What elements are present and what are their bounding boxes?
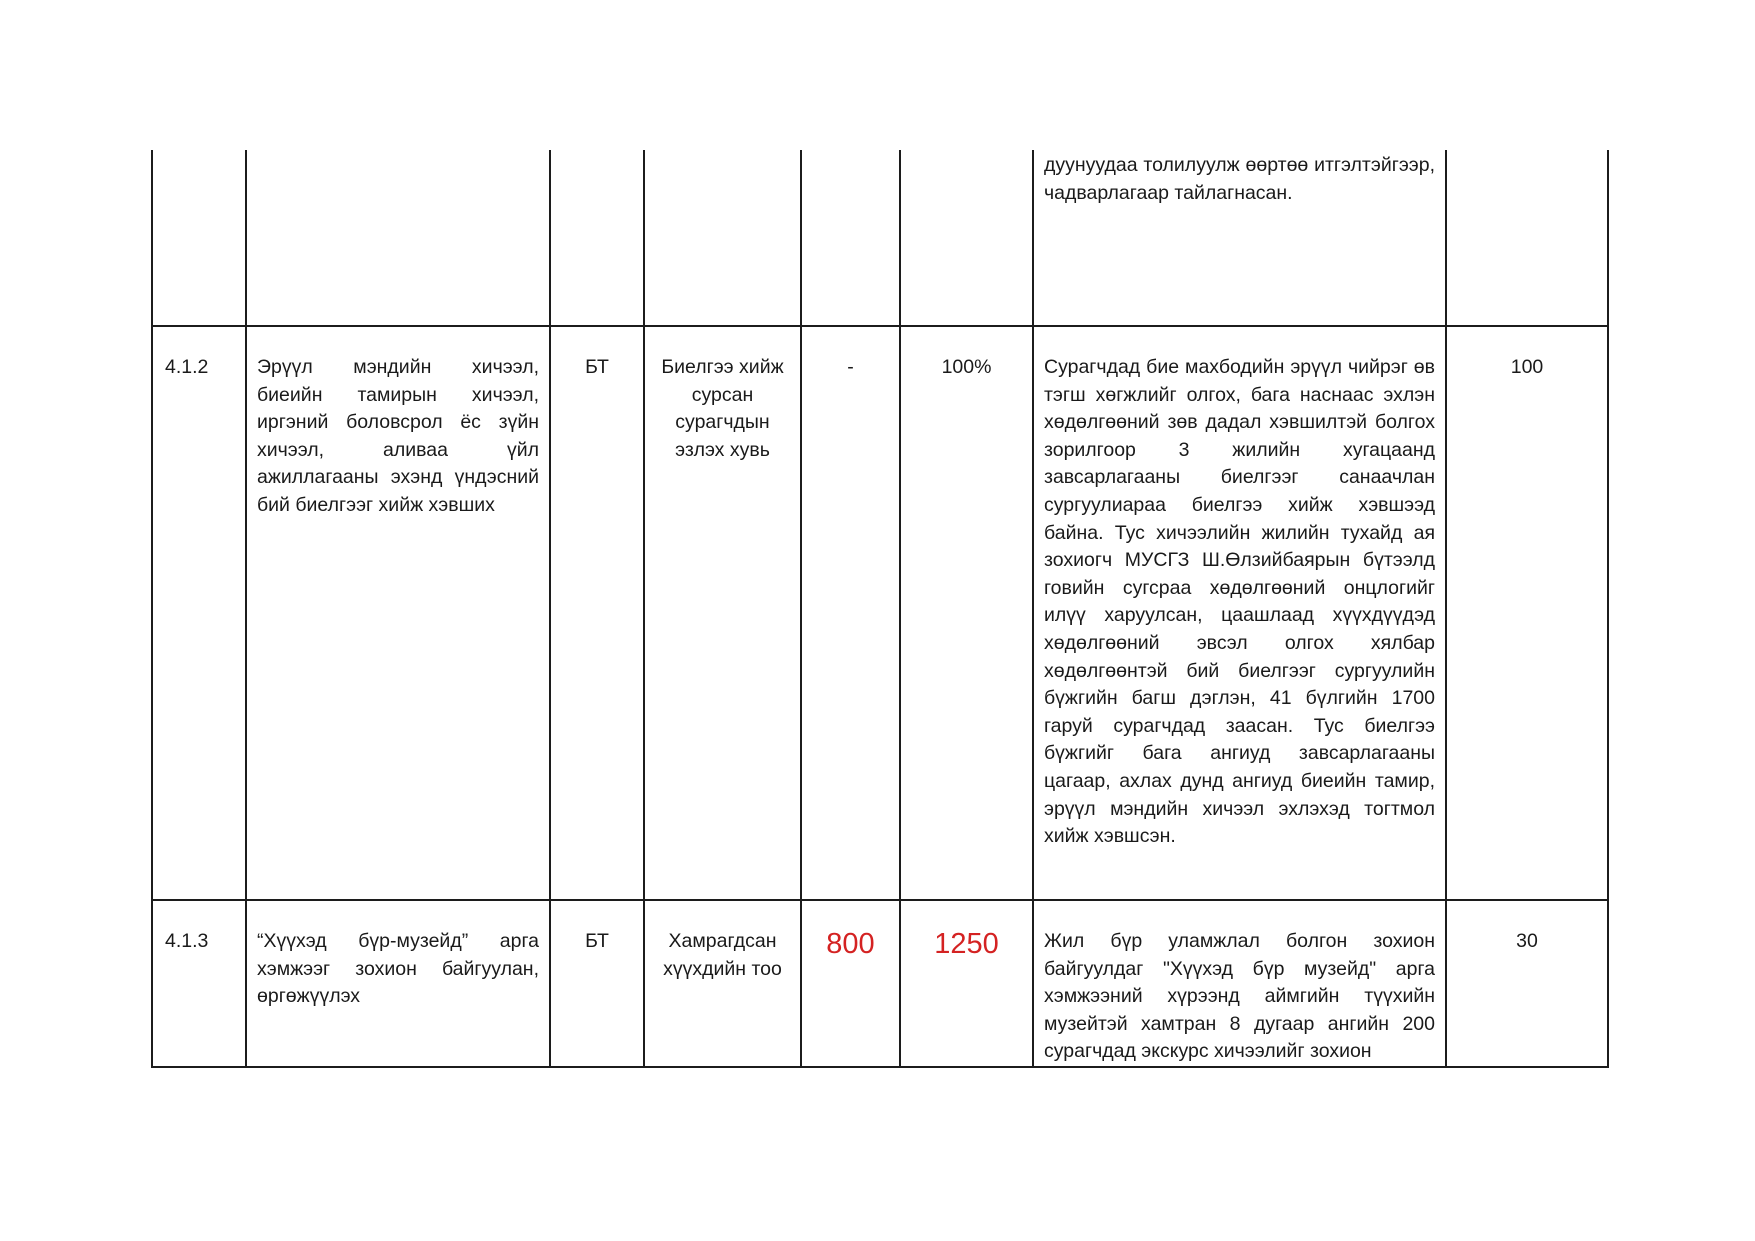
cell-id: 4.1.2	[152, 326, 246, 900]
cell-result: Жил бүр уламжлал болгон зохион байгуулда…	[1033, 900, 1446, 1067]
cell-score	[1446, 150, 1608, 326]
cell-indicator	[644, 150, 801, 326]
baseline-value-highlight: 800	[826, 928, 874, 960]
table-row: 4.1.2 Эрүүл мэндийн хичээл, биеийн тамир…	[152, 326, 1608, 900]
cell-activity: “Хүүхэд бүр-музейд” арга хэмжээг зохион …	[246, 900, 550, 1067]
cell-baseline: -	[801, 326, 900, 900]
cell-target: 1250	[900, 900, 1033, 1067]
cell-score: 100	[1446, 326, 1608, 900]
cell-responsible	[550, 150, 644, 326]
table-row: 4.1.3 “Хүүхэд бүр-музейд” арга хэмжээг з…	[152, 900, 1608, 1067]
cell-target	[900, 150, 1033, 326]
target-value-highlight: 1250	[934, 928, 999, 960]
cell-target: 100%	[900, 326, 1033, 900]
cell-result: Сурагчдад бие махбодийн эрүүл чийрэг өв …	[1033, 326, 1446, 900]
cell-id: 4.1.3	[152, 900, 246, 1067]
cell-activity: Эрүүл мэндийн хичээл, биеийн тамирын хич…	[246, 326, 550, 900]
document-page: дуунуудаа толилуулж өөртөө итгэлтэйгээр,…	[0, 0, 1755, 1241]
cell-baseline: 800	[801, 900, 900, 1067]
cell-baseline	[801, 150, 900, 326]
cell-indicator: Хамрагдсан хүүхдийн тоо	[644, 900, 801, 1067]
cell-activity	[246, 150, 550, 326]
cell-score: 30	[1446, 900, 1608, 1067]
cell-result: дуунуудаа толилуулж өөртөө итгэлтэйгээр,…	[1033, 150, 1446, 326]
plan-report-table: дуунуудаа толилуулж өөртөө итгэлтэйгээр,…	[151, 150, 1609, 1068]
table-row: дуунуудаа толилуулж өөртөө итгэлтэйгээр,…	[152, 150, 1608, 326]
cell-id	[152, 150, 246, 326]
cell-indicator: Биелгээ хийж сурсан сурагчдын эзлэх хувь	[644, 326, 801, 900]
cell-responsible: БТ	[550, 326, 644, 900]
cell-responsible: БТ	[550, 900, 644, 1067]
